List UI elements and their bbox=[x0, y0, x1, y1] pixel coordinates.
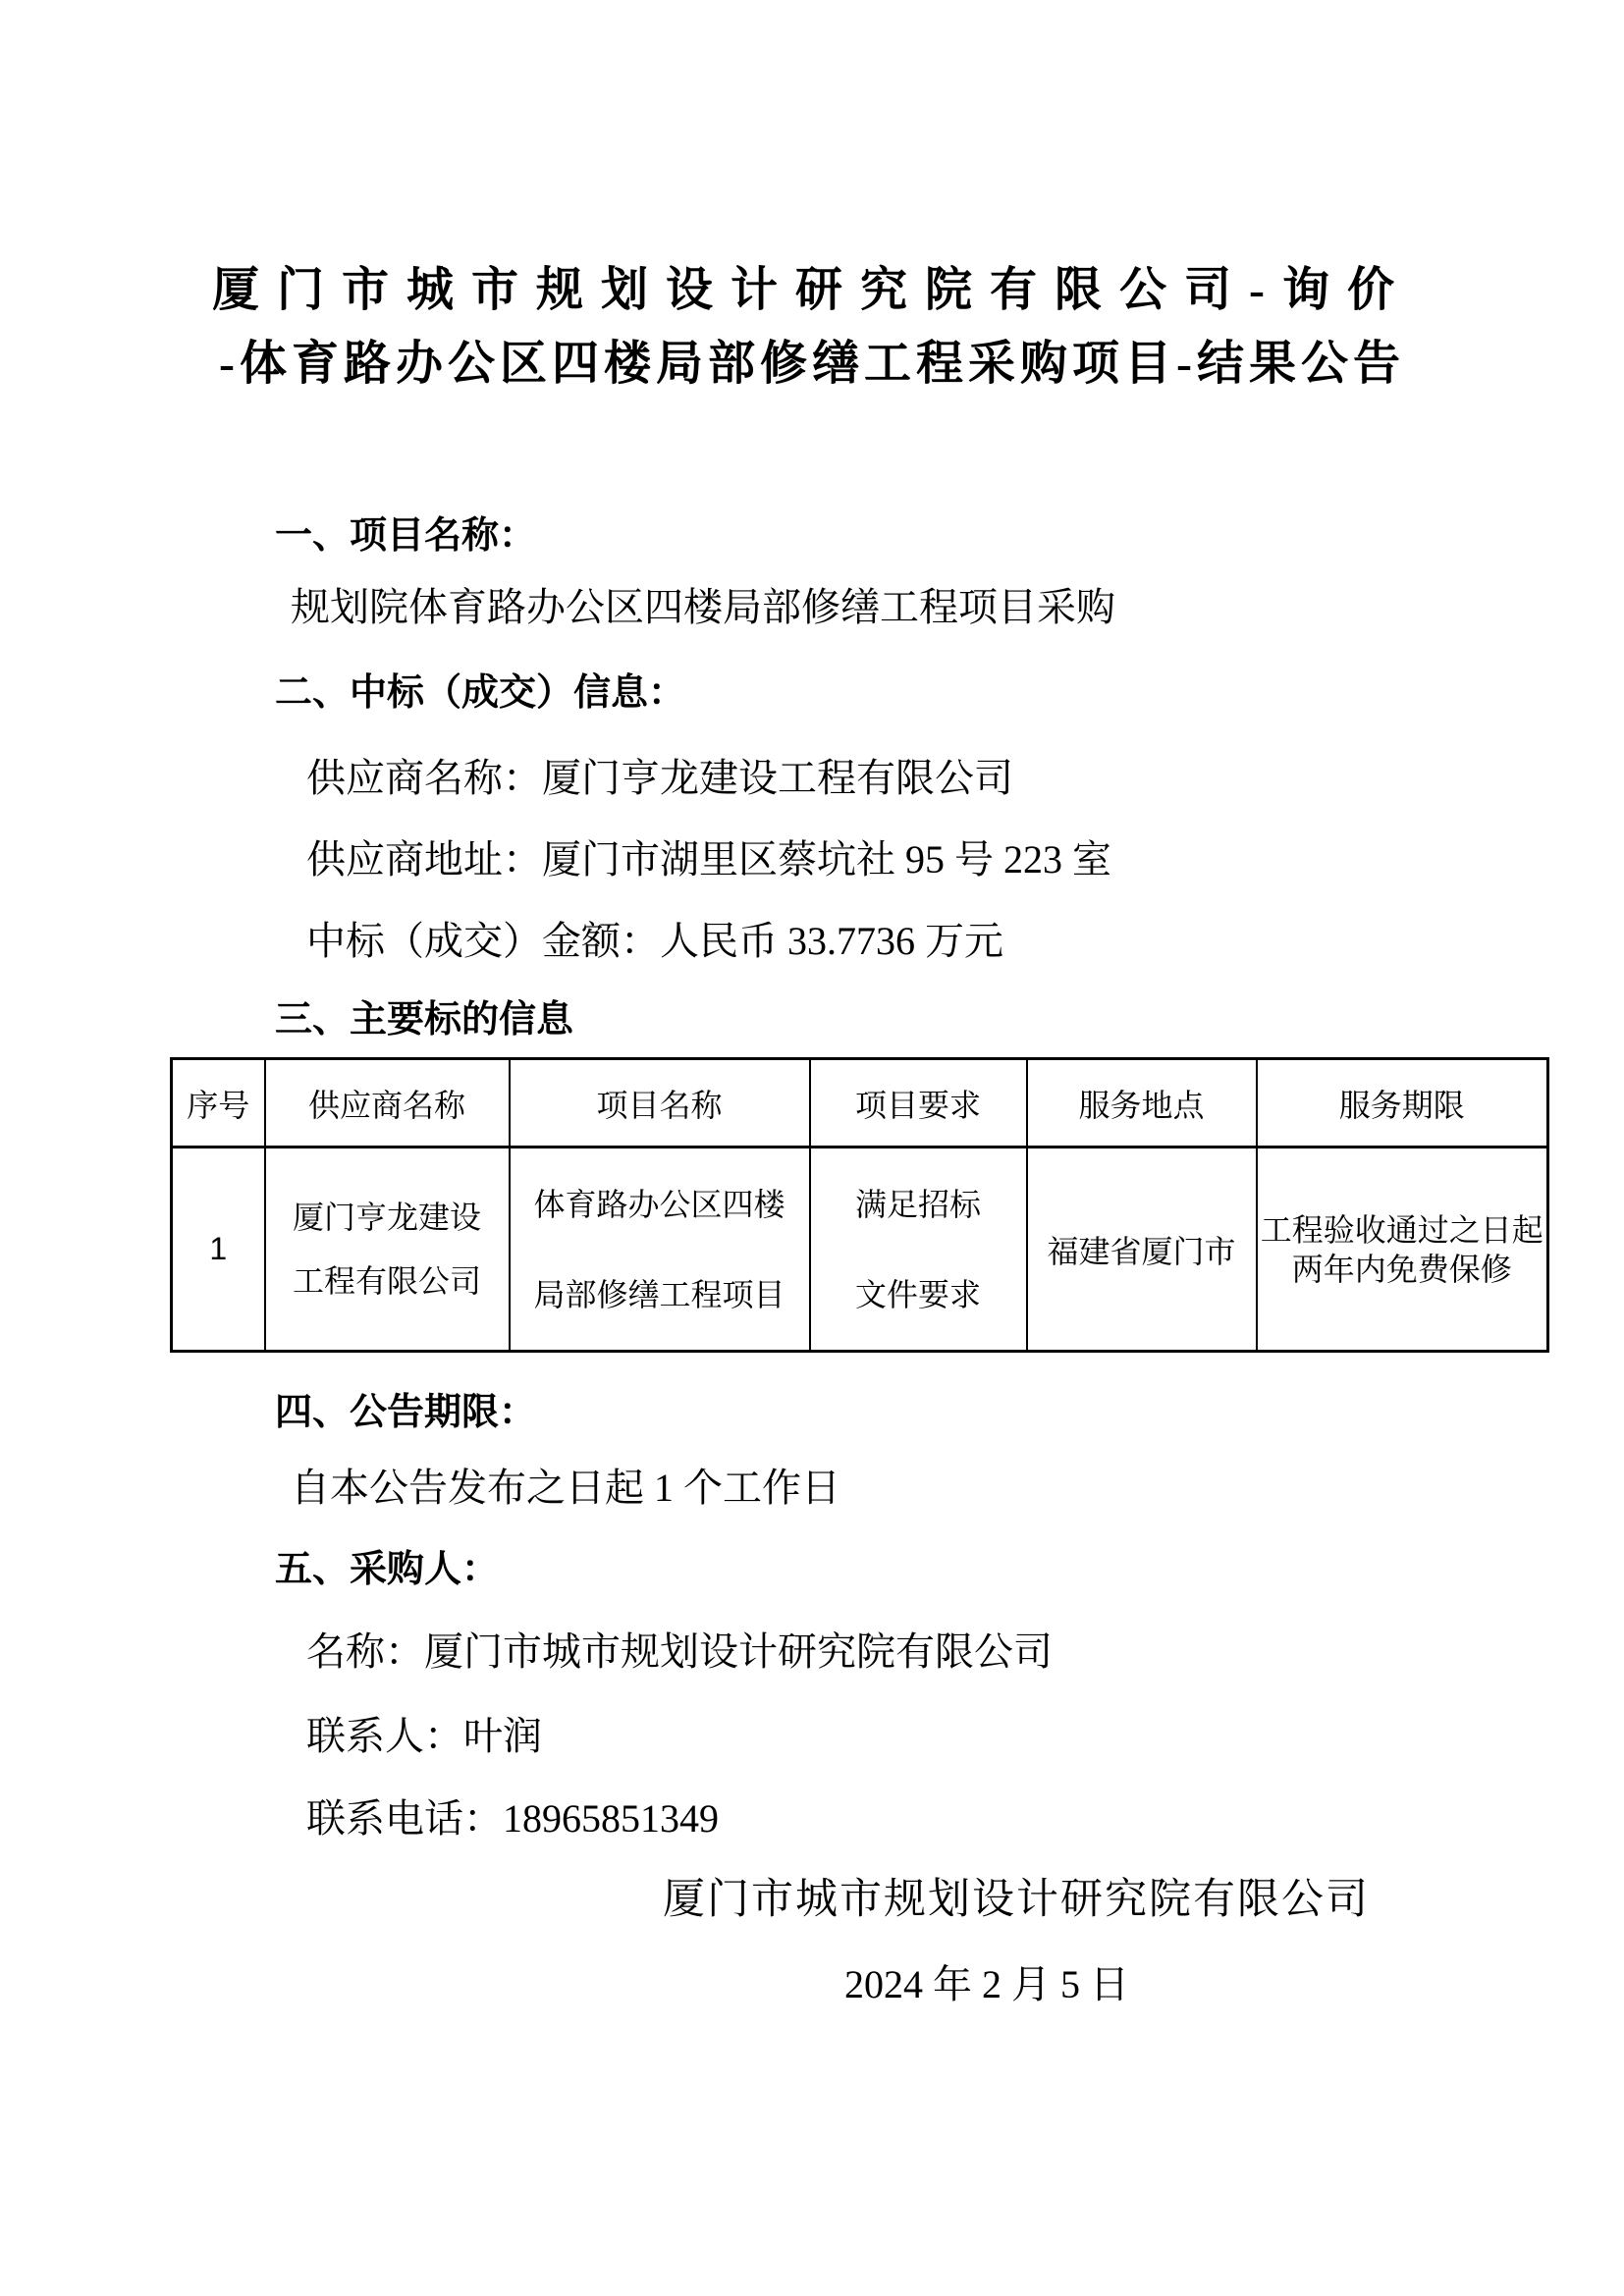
supplier-name-line: 供应商名称：厦门亨龙建设工程有限公司 bbox=[306, 755, 1013, 802]
cell-period-line1: 工程验收通过之日起 bbox=[1258, 1210, 1547, 1250]
supplier-name-value: 厦门亨龙建设工程有限公司 bbox=[542, 756, 1013, 800]
section4-heading: 四、公告期限： bbox=[275, 1390, 536, 1435]
purchaser-name-line: 名称：厦门市城市规划设计研究院有限公司 bbox=[306, 1629, 1053, 1676]
document-page: 厦门市城市规划设计研究院有限公司-询价 -体育路办公区四楼局部修缮工程采购项目-… bbox=[0, 0, 1624, 2296]
purchaser-contact-value: 叶润 bbox=[463, 1714, 542, 1758]
cell-period-line2: 两年内免费保修 bbox=[1258, 1250, 1547, 1289]
purchaser-phone-value: 18965851349 bbox=[503, 1796, 719, 1841]
section1-heading: 一、项目名称： bbox=[275, 513, 536, 559]
cell-project-line2: 局部修缮工程项目 bbox=[511, 1278, 809, 1311]
purchaser-contact-label: 联系人： bbox=[306, 1714, 463, 1758]
cell-supplier-line1: 厦门亨龙建设 bbox=[266, 1201, 509, 1234]
col-header-period: 服务期限 bbox=[1257, 1059, 1548, 1148]
table-header-row: 序号 供应商名称 项目名称 项目要求 服务地点 服务期限 bbox=[172, 1059, 1548, 1148]
cell-project-line1: 体育路办公区四楼 bbox=[511, 1188, 809, 1221]
cell-location: 福建省厦门市 bbox=[1027, 1148, 1257, 1352]
cell-requirement: 满足招标 文件要求 bbox=[810, 1148, 1027, 1352]
section2-heading: 二、中标（成交）信息： bbox=[275, 670, 685, 716]
supplier-name-label: 供应商名称： bbox=[306, 756, 542, 800]
purchaser-phone-line: 联系电话：18965851349 bbox=[306, 1795, 719, 1842]
cell-period: 工程验收通过之日起 两年内免费保修 bbox=[1257, 1148, 1548, 1352]
purchaser-contact-line: 联系人：叶润 bbox=[306, 1713, 542, 1760]
cell-seq: 1 bbox=[172, 1148, 265, 1352]
section5-heading: 五、采购人： bbox=[275, 1547, 499, 1592]
col-header-project: 项目名称 bbox=[510, 1059, 810, 1148]
bid-info-table: 序号 供应商名称 项目名称 项目要求 服务地点 服务期限 1 厦门亨龙建设 工程… bbox=[170, 1057, 1549, 1353]
col-header-requirement: 项目要求 bbox=[810, 1059, 1027, 1148]
title-line-2: -体育路办公区四楼局部修缮工程采购项目-结果公告 bbox=[0, 327, 1624, 400]
cell-project: 体育路办公区四楼 局部修缮工程项目 bbox=[510, 1148, 810, 1352]
award-amount-value: 人民币 33.7736 万元 bbox=[660, 919, 1003, 963]
signature-organization: 厦门市城市规划设计研究院有限公司 bbox=[663, 1875, 1370, 1926]
section4-body: 自本公告发布之日起 1 个工作日 bbox=[291, 1465, 840, 1512]
cell-requirement-line1: 满足招标 bbox=[811, 1188, 1026, 1221]
award-amount-line: 中标（成交）金额：人民币 33.7736 万元 bbox=[306, 918, 1003, 965]
award-amount-label: 中标（成交）金额： bbox=[306, 919, 660, 963]
supplier-address-value: 厦门市湖里区蔡坑社 95 号 223 室 bbox=[542, 837, 1111, 881]
cell-supplier: 厦门亨龙建设 工程有限公司 bbox=[265, 1148, 510, 1352]
cell-supplier-line2: 工程有限公司 bbox=[266, 1264, 509, 1298]
supplier-address-line: 供应商地址：厦门市湖里区蔡坑社 95 号 223 室 bbox=[306, 836, 1111, 883]
section3-heading: 三、主要标的信息 bbox=[275, 997, 573, 1042]
purchaser-phone-label: 联系电话： bbox=[306, 1796, 503, 1841]
section1-body: 规划院体育路办公区四楼局部修缮工程项目采购 bbox=[291, 584, 1115, 631]
col-header-location: 服务地点 bbox=[1027, 1059, 1257, 1148]
table-row: 1 厦门亨龙建设 工程有限公司 体育路办公区四楼 局部修缮工程项目 满足招标 文… bbox=[172, 1148, 1548, 1352]
col-header-seq: 序号 bbox=[172, 1059, 265, 1148]
signature-date: 2024 年 2 月 5 日 bbox=[844, 1961, 1129, 2008]
title-line-1: 厦门市城市规划设计研究院有限公司-询价 bbox=[0, 253, 1624, 327]
purchaser-name-value: 厦门市城市规划设计研究院有限公司 bbox=[424, 1629, 1053, 1674]
supplier-address-label: 供应商地址： bbox=[306, 837, 542, 881]
cell-requirement-line2: 文件要求 bbox=[811, 1278, 1026, 1311]
purchaser-name-label: 名称： bbox=[306, 1629, 424, 1674]
document-title: 厦门市城市规划设计研究院有限公司-询价 -体育路办公区四楼局部修缮工程采购项目-… bbox=[0, 253, 1624, 400]
col-header-supplier: 供应商名称 bbox=[265, 1059, 510, 1148]
